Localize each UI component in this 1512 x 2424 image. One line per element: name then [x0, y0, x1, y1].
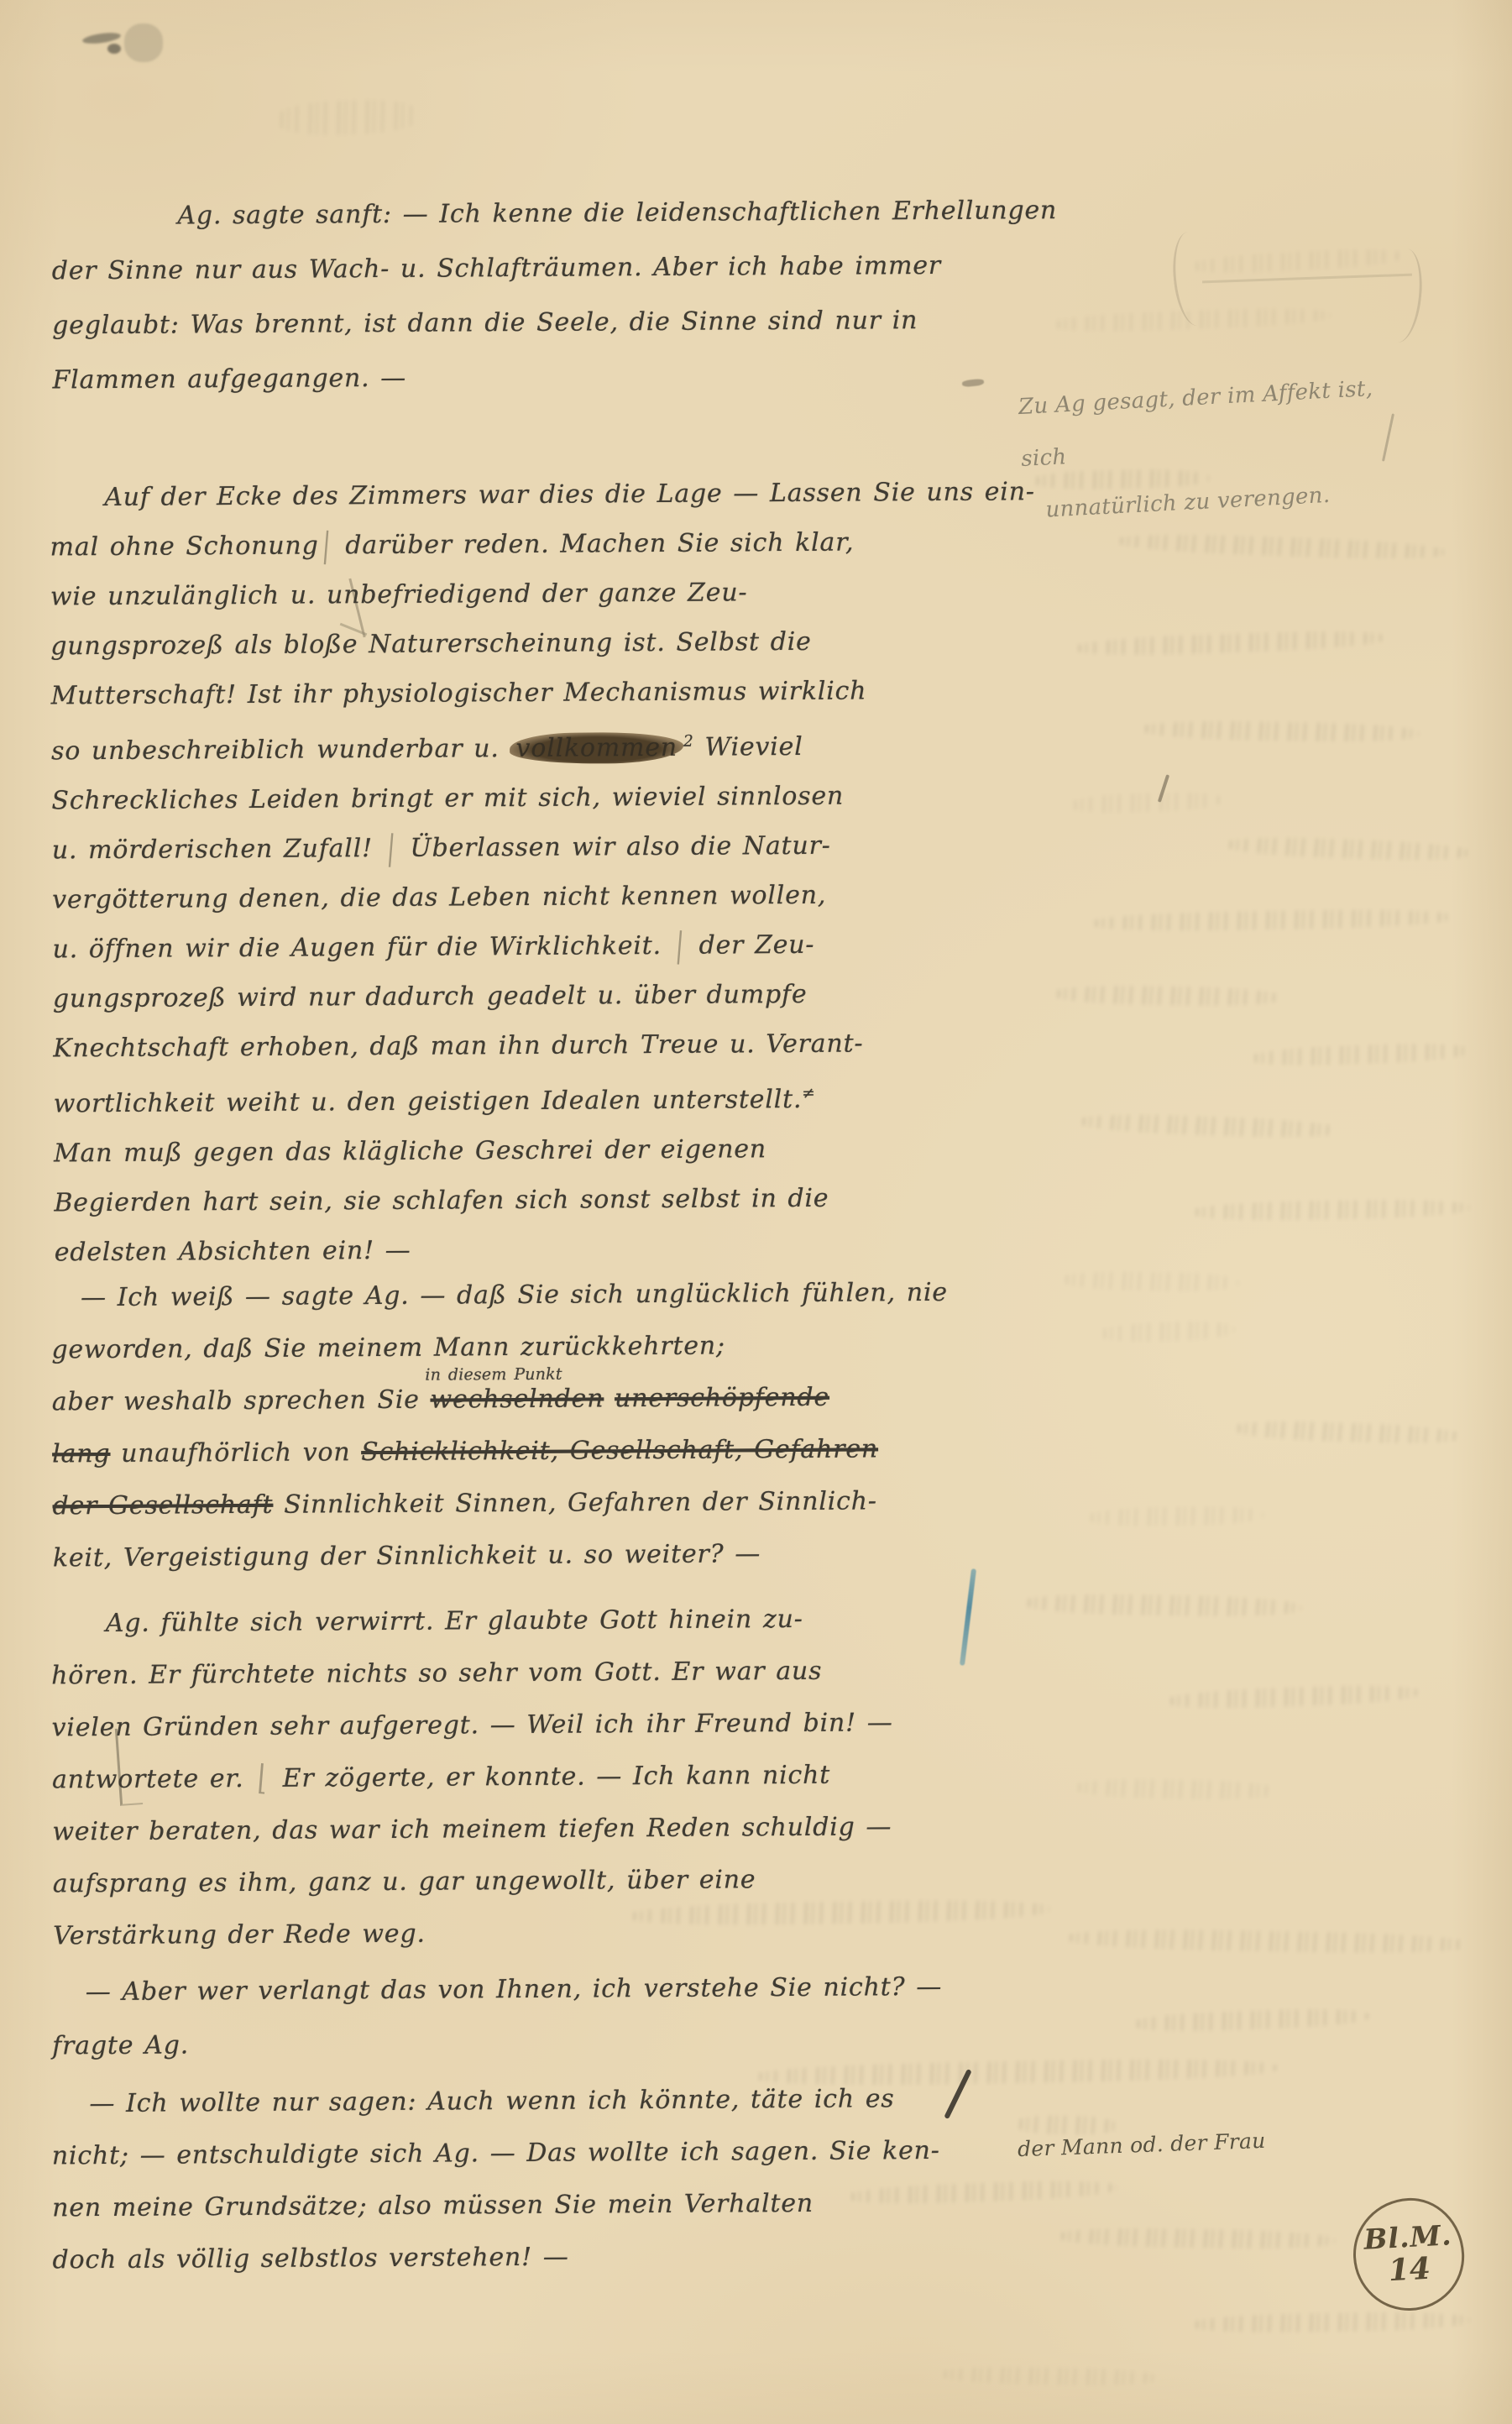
handwritten-text: Wieviel: [693, 732, 803, 762]
manuscript-line: Ag. fühlte sich verwirrt. Er glaubte Got…: [51, 1593, 983, 1651]
manuscript-line: vergötterung denen, die das Leben nicht …: [52, 870, 984, 925]
handwritten-text: der Zeu-: [688, 930, 815, 961]
handwritten-text: Auf der Ecke des Zimmers war dies die La…: [104, 477, 1035, 512]
manuscript-line: Knechtschaft erhoben, daß man ihn durch …: [53, 1018, 985, 1074]
handwritten-text: Flammen aufgegangen. —: [52, 364, 406, 395]
handwritten-text: gungsprozeß wird nur dadurch geadelt u. …: [53, 980, 808, 1013]
manuscript-paragraph: — Ich weiß — sagte Ag. — daß Sie sich un…: [51, 1267, 985, 1585]
manuscript-line: hören. Er fürchtete nichts so sehr vom G…: [51, 1645, 983, 1703]
handwritten-text: antwortete er.: [52, 1764, 255, 1794]
handwritten-text: wie unzulänglich u. unbefriedigend der g…: [50, 578, 748, 611]
handwritten-text: gungsprozeß als bloße Naturerscheinung i…: [50, 627, 811, 662]
manuscript-line: Mutterschaft! Ist ihr physiologischer Me…: [51, 666, 983, 721]
struck-text: der Gesellschaft: [52, 1490, 273, 1521]
struck-text: lang: [52, 1439, 110, 1469]
manuscript-line: der Sinne nur aus Wach- u. Schlafträumen…: [52, 238, 984, 299]
manuscript-paragraph: — Ich wollte nur sagen: Auch wenn ich kö…: [51, 2073, 984, 2287]
handwritten-text: Knechtschaft erhoben, daß man ihn durch …: [53, 1029, 863, 1063]
manuscript-line: u. mörderischen Zufall! | Überlassen wir…: [52, 820, 984, 876]
handwritten-text: — Ich wollte nur sagen: Auch wenn ich kö…: [89, 2084, 894, 2118]
handwritten-text: darüber reden. Machen Sie sich klar,: [334, 528, 854, 561]
manuscript-line: vielen Gründen sehr aufgeregt. — Weil ic…: [51, 1697, 983, 1755]
handwritten-text: — Aber wer verlangt das von Ihnen, ich v…: [86, 1972, 942, 2007]
handwritten-text: vergötterung denen, die das Leben nicht …: [52, 881, 826, 915]
handwritten-text: Ag. sagte sanft: — Ich kenne die leidens…: [177, 196, 1057, 230]
handwritten-text: Schreckliches Leiden bringt er mit sich,…: [51, 782, 844, 816]
ink-blot-word: vollkommen: [510, 732, 683, 764]
manuscript-line: aber weshalb sprechen Sie in diesem Punk…: [52, 1371, 984, 1429]
handwritten-text: — Ich weiß — sagte Ag. — daß Sie sich un…: [81, 1278, 948, 1312]
manuscript-line: Flammen aufgegangen. —: [52, 348, 984, 408]
struck-text: unerschöpfende: [615, 1383, 829, 1414]
handwritten-text: Überlassen wir also die Natur-: [400, 831, 831, 863]
manuscript-line: lang unaufhörlich von Schicklichkeit, Ge…: [52, 1423, 984, 1481]
margin-annotation-pencil: Zu Ag gesagt, der im Affekt ist, sich un…: [1017, 361, 1410, 537]
handwritten-text: Begierden hart sein, sie schlafen sich s…: [54, 1184, 829, 1218]
manuscript-line: doch als völlig selbstlos verstehen! —: [52, 2229, 984, 2287]
handwritten-text: geworden, daß Sie meinem Mann zurückkehr…: [51, 1331, 725, 1364]
pencil-insert-stroke: |: [385, 814, 399, 882]
manuscript-line: weiter beraten, das war ich meinem tiefe…: [52, 1801, 984, 1859]
manuscript-line: u. öffnen wir die Augen für die Wirklich…: [52, 919, 984, 975]
handwritten-text: weiter beraten, das war ich meinem tiefe…: [52, 1812, 892, 1846]
manuscript-line: wie unzulänglich u. unbefriedigend der g…: [50, 567, 982, 622]
manuscript-line: antwortete er. ⌊ Er zögerte, er konnte. …: [52, 1749, 984, 1807]
handwritten-text: Er zögerte, er konnte. — Ich kann nicht: [272, 1761, 830, 1793]
handwritten-text: der Sinne nur aus Wach- u. Schlafträumen…: [52, 251, 941, 285]
handwritten-text: unaufhörlich von: [110, 1437, 361, 1469]
manuscript-line: nen meine Grundsätze; also müssen Sie me…: [52, 2177, 984, 2235]
manuscript-line: Schreckliches Leiden bringt er mit sich,…: [51, 771, 983, 826]
manuscript-line: wortlichkeit weiht u. den geistigen Idea…: [53, 1068, 985, 1129]
manuscript-paragraph: Ag. sagte sanft: — Ich kenne die leidens…: [51, 184, 985, 408]
handwritten-text: geglaubt: Was brennt, ist dann die Seele…: [52, 306, 918, 340]
manuscript-line: — Aber wer verlangt das von Ihnen, ich v…: [52, 1961, 984, 2020]
superscript-mark: ≠: [802, 1085, 816, 1102]
handwritten-text: vielen Gründen sehr aufgeregt. — Weil ic…: [52, 1708, 893, 1742]
pencil-insert-stroke: |: [673, 912, 688, 979]
superscript-mark: 2: [683, 733, 694, 751]
manuscript-line: keit, Vergeistigung der Sinnlichkeit u. …: [53, 1527, 985, 1585]
handwritten-text: keit, Vergeistigung der Sinnlichkeit u. …: [53, 1539, 761, 1573]
manuscript-line: gungsprozeß wird nur dadurch geadelt u. …: [53, 969, 985, 1024]
handwritten-text: Verstärkung der Rede weg.: [53, 1919, 426, 1951]
manuscript-line: — Ich weiß — sagte Ag. — daß Sie sich un…: [51, 1267, 983, 1325]
handwritten-text: edelsten Absichten ein! —: [55, 1236, 411, 1268]
handwritten-text: nicht; — entschuldigte sich Ag. — Das wo…: [52, 2136, 940, 2170]
handwritten-text: u. öffnen wir die Augen für die Wirklich…: [52, 931, 672, 965]
handwritten-text: Sinnlichkeit Sinnen, Gefahren der Sinnli…: [273, 1486, 877, 1519]
manuscript-line: Begierden hart sein, sie schlafen sich s…: [54, 1173, 986, 1228]
pencil-insert-stroke: ⌊: [255, 1744, 271, 1814]
manuscript-line: fragte Ag.: [52, 2014, 984, 2074]
handwritten-text: aber weshalb sprechen Sie: [52, 1385, 431, 1417]
manuscript-line: aufsprang es ihm, ganz u. gar ungewollt,…: [53, 1853, 985, 1911]
manuscript-line: Ag. sagte sanft: — Ich kenne die leidens…: [51, 184, 983, 244]
pencil-insert-stroke: |: [319, 512, 333, 579]
manuscript-paragraph: Auf der Ecke des Zimmers war dies die La…: [50, 468, 986, 1278]
manuscript-line: — Ich wollte nur sagen: Auch wenn ich kö…: [51, 2073, 983, 2131]
manuscript-line: Man muß gegen das klägliche Geschrei der…: [54, 1123, 986, 1179]
margin-annotation-pencil-line: Zu Ag gesagt, der im Affekt ist, sich: [1017, 361, 1408, 485]
manuscript-text: Ag. sagte sanft: — Ich kenne die leidens…: [0, 0, 1512, 2424]
folio-mark-label: Bl.M.: [1354, 2218, 1462, 2257]
handwritten-text: [604, 1384, 615, 1413]
handwritten-text: Mutterschaft! Ist ihr physiologischer Me…: [51, 676, 867, 710]
handwritten-text: u. mörderischen Zufall!: [52, 834, 384, 865]
manuscript-line: der Gesellschaft Sinnlichkeit Sinnen, Ge…: [52, 1475, 984, 1533]
manuscript-paragraph: — Aber wer verlangt das von Ihnen, ich v…: [52, 1961, 985, 2074]
handwritten-text: Man muß gegen das klägliche Geschrei der…: [54, 1134, 766, 1168]
handwritten-text: wortlichkeit weiht u. den geistigen Idea…: [54, 1085, 803, 1118]
handwritten-text: nen meine Grundsätze; also müssen Sie me…: [52, 2189, 814, 2223]
handwritten-text: aufsprang es ihm, ganz u. gar ungewollt,…: [53, 1865, 756, 1898]
manuscript-line: Verstärkung der Rede weg.: [53, 1905, 985, 1963]
handwritten-text: doch als völlig selbstlos verstehen! —: [52, 2243, 568, 2275]
handwritten-text: fragte Ag.: [52, 2030, 189, 2060]
manuscript-line: so unbeschreiblich wunderbar u. vollkomm…: [51, 715, 983, 777]
handwritten-text: hören. Er fürchtete nichts so sehr vom G…: [51, 1657, 822, 1691]
manuscript-line: geglaubt: Was brennt, ist dann die Seele…: [52, 293, 984, 353]
manuscript-line: Auf der Ecke des Zimmers war dies die La…: [50, 468, 981, 523]
manuscript-line: gungsprozeß als bloße Naturerscheinung i…: [50, 616, 982, 672]
manuscript-line: mal ohne Schonung| darüber reden. Machen…: [50, 517, 981, 573]
handwritten-text: Ag. fühlte sich verwirrt. Er glaubte Got…: [106, 1605, 803, 1638]
manuscript-line: nicht; — entschuldigte sich Ag. — Das wo…: [52, 2125, 984, 2183]
manuscript-page: Ag. sagte sanft: — Ich kenne die leidens…: [0, 0, 1512, 2424]
manuscript-paragraph: Ag. fühlte sich verwirrt. Er glaubte Got…: [51, 1593, 986, 1963]
handwritten-text: mal ohne Schonung: [50, 531, 319, 562]
handwritten-text: so unbeschreiblich wunderbar u.: [51, 734, 510, 766]
struck-text: Schicklichkeit, Gesellschaft, Gefahren: [361, 1434, 878, 1467]
